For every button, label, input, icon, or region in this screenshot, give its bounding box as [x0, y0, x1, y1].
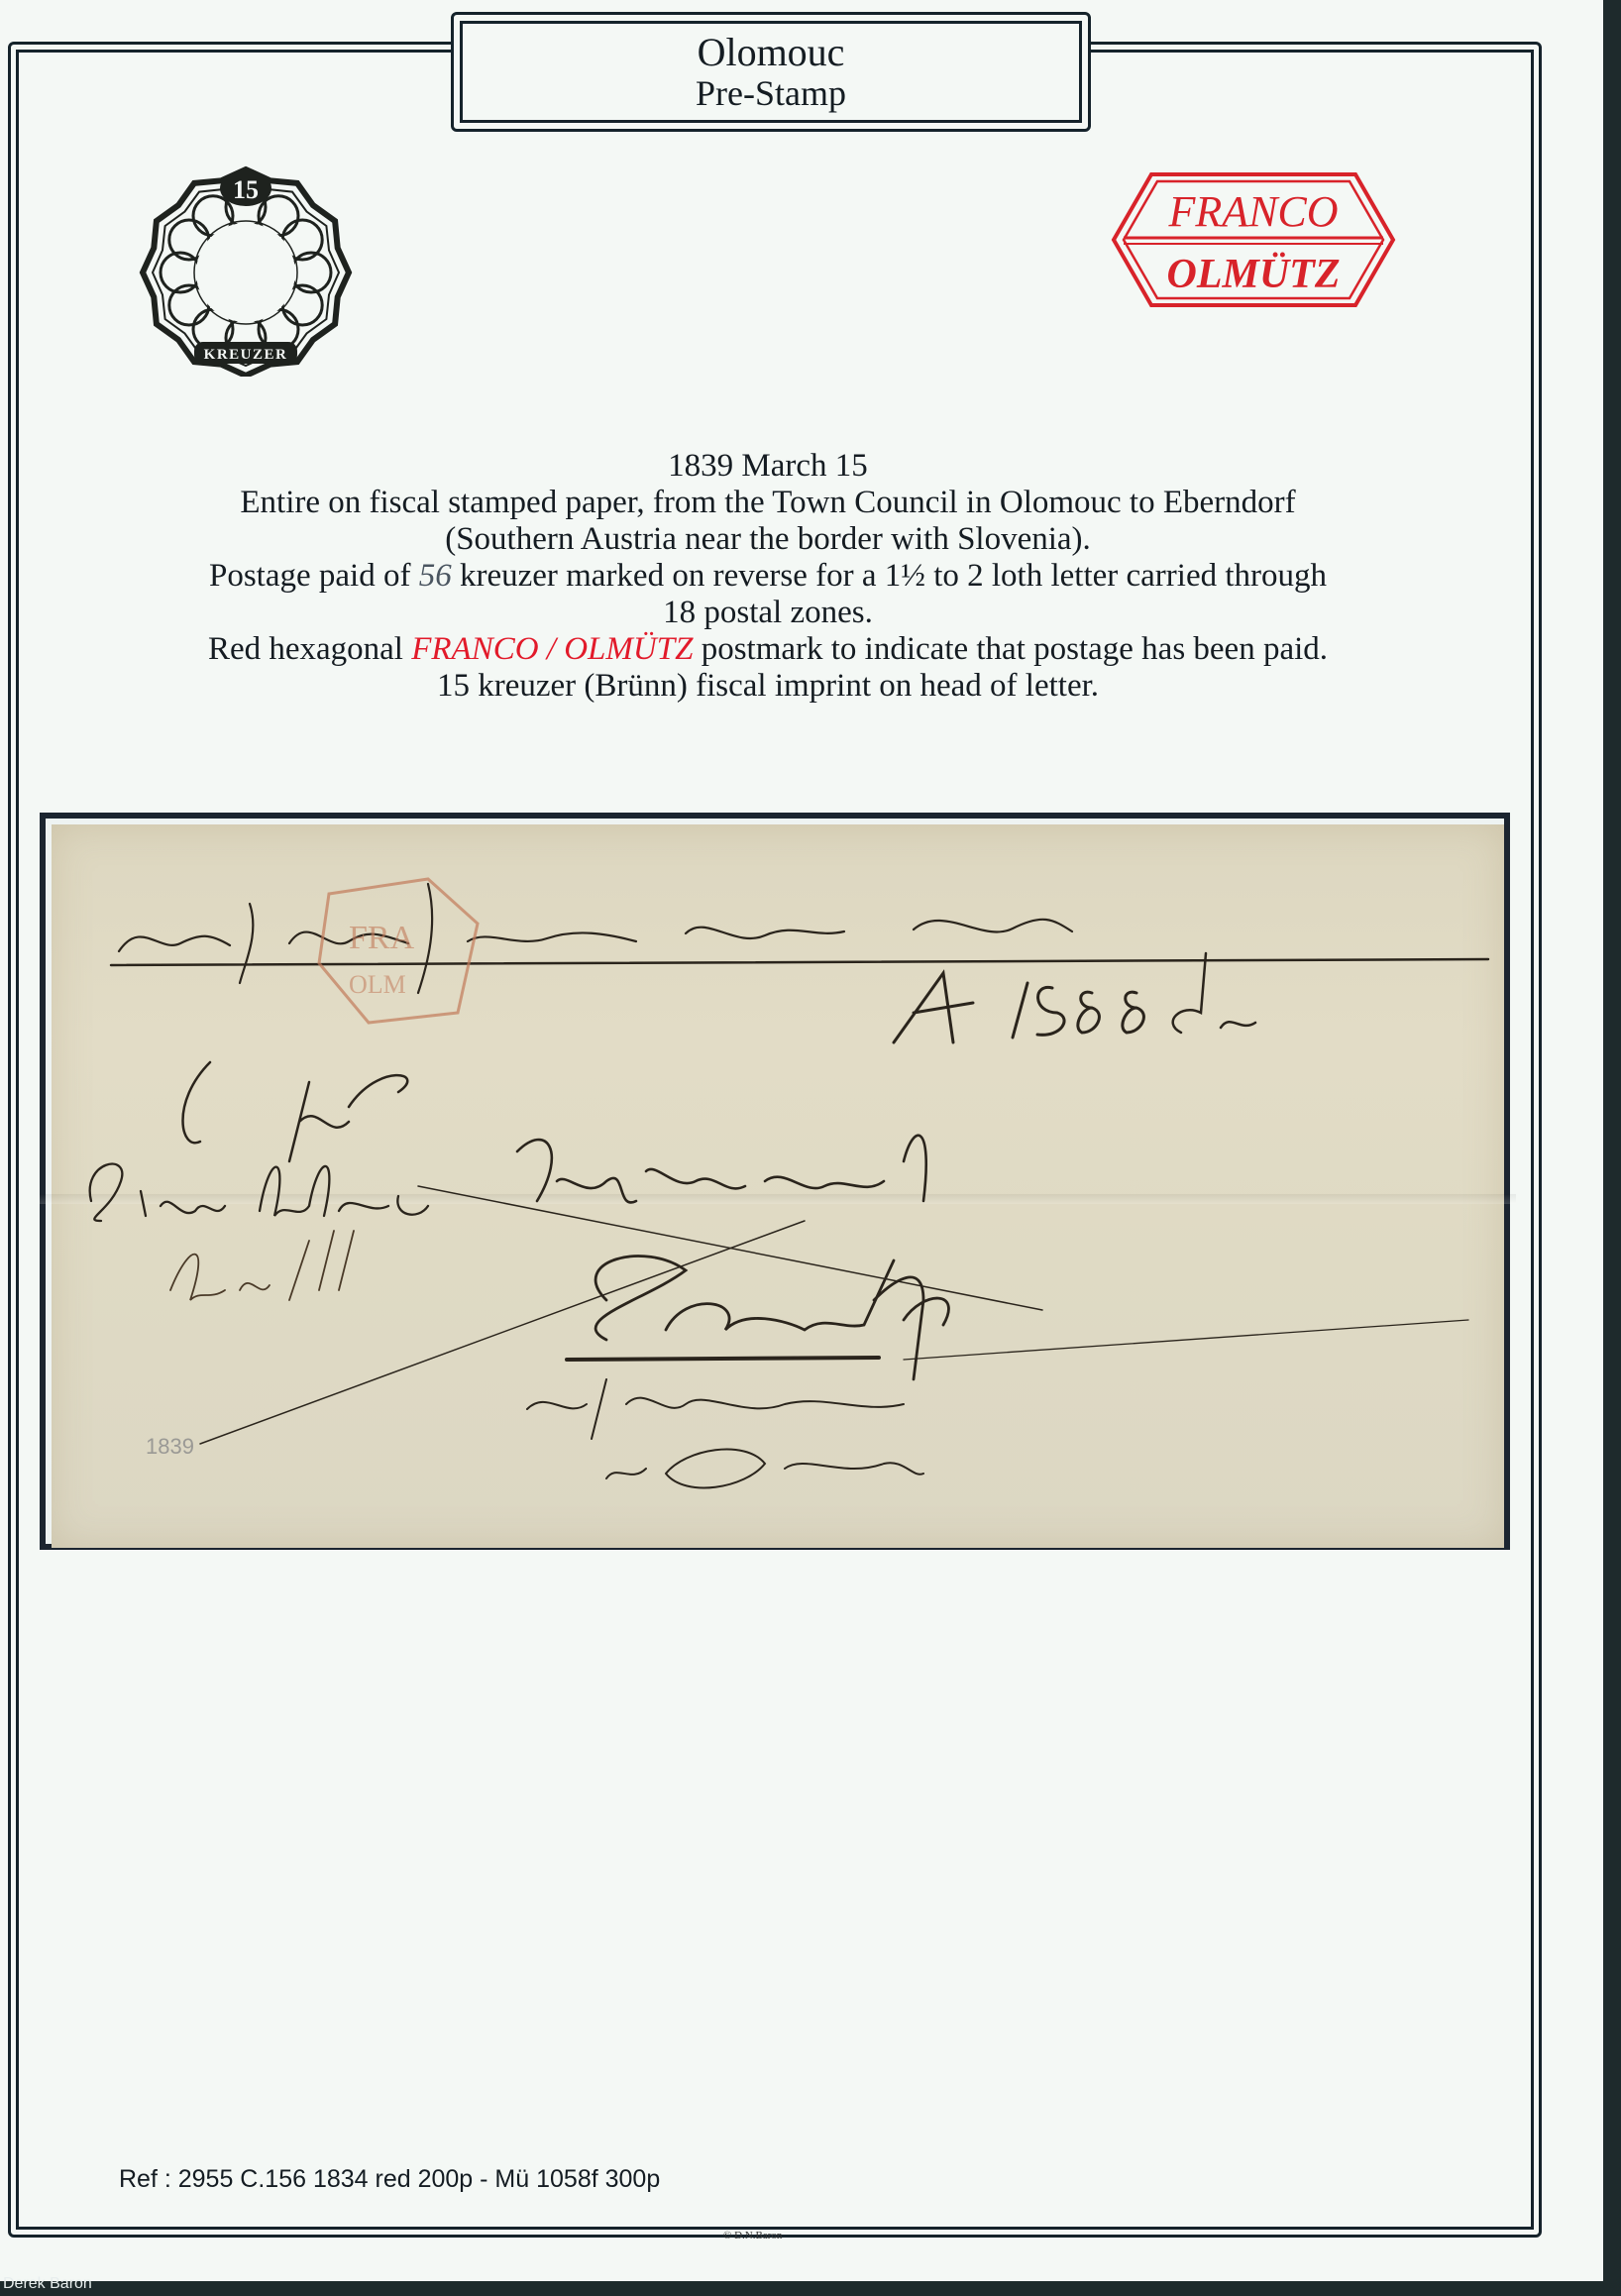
- svg-text:OLM: OLM: [349, 970, 406, 999]
- description-line: 15 kreuzer (Brünn) fiscal imprint on hea…: [99, 668, 1437, 705]
- description-line: 18 postal zones.: [99, 595, 1437, 631]
- title-box: Olomouc Pre-Stamp: [451, 12, 1091, 132]
- svg-text:FRA: FRA: [349, 920, 415, 956]
- svg-text:FRANCO: FRANCO: [1167, 187, 1338, 236]
- letter-handwriting: FRA OLM 1839: [52, 824, 1504, 1548]
- postage-amount: 56: [419, 558, 452, 594]
- watermark: Derek Baron: [3, 2275, 92, 2293]
- fiscal-imprint-icon: 15 KREUZER: [137, 159, 355, 377]
- description-text: 1839 March 15 Entire on fiscal stamped p…: [99, 448, 1437, 705]
- postmark-reference: FRANCO / OLMÜTZ: [411, 631, 693, 667]
- svg-text:1839: 1839: [146, 1434, 194, 1459]
- description-line: Entire on fiscal stamped paper, from the…: [99, 485, 1437, 521]
- album-page: Olomouc Pre-Stamp 15 KREUZER FRANCO OLMÜ…: [0, 0, 1603, 2281]
- page-title: Olomouc: [698, 32, 845, 73]
- page-subtitle: Pre-Stamp: [696, 73, 846, 113]
- svg-text:OLMÜTZ: OLMÜTZ: [1167, 252, 1341, 297]
- copyright-notice: © D.N.Baron: [723, 2230, 782, 2241]
- description-line: (Southern Austria near the border with S…: [99, 521, 1437, 558]
- description-line: Postage paid of 56 kreuzer marked on rev…: [99, 558, 1437, 595]
- catalogue-reference: Ref : 2955 C.156 1834 red 200p - Mü 1058…: [119, 2165, 660, 2194]
- description-line: Red hexagonal FRANCO / OLMÜTZ postmark t…: [99, 631, 1437, 668]
- svg-text:KREUZER: KREUZER: [204, 347, 288, 363]
- description-date: 1839 March 15: [99, 448, 1437, 485]
- svg-text:15: 15: [233, 175, 259, 204]
- hexagonal-postmark-icon: FRANCO OLMÜTZ: [1110, 170, 1397, 309]
